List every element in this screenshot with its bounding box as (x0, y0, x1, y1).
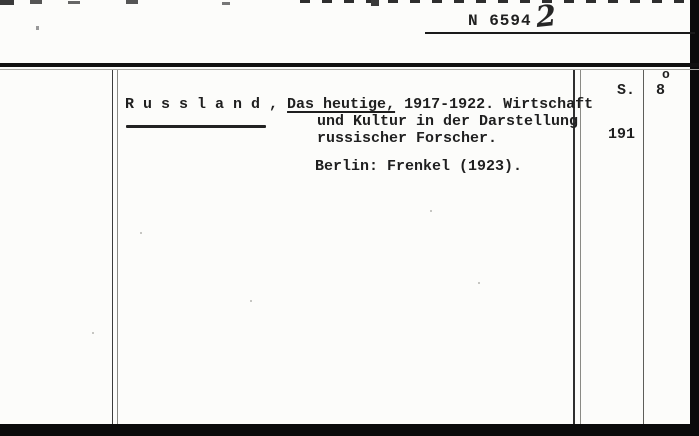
scan-speck (371, 0, 379, 6)
heading-ditto-underline (126, 125, 266, 128)
scan-bottom-edge-bar (0, 424, 699, 436)
scan-speck (222, 2, 230, 5)
scan-speck (0, 0, 14, 5)
column-divider-left (112, 70, 118, 424)
scan-speck (430, 210, 432, 212)
scan-speck (30, 0, 42, 4)
call-number: N 6594 (468, 14, 532, 29)
entry-title-rest: 1917-1922. Wirtschaft (395, 96, 593, 113)
entry-title-line-2: und Kultur in der Darstellung (317, 114, 578, 129)
scan-speck (92, 332, 94, 334)
scan-edge-noise (300, 0, 691, 3)
handwritten-mark: 2 (535, 1, 558, 32)
right-column-superscript: o (662, 68, 670, 81)
entry-title-line-1: R u s s l a n d , Das heutige, 1917-1922… (125, 97, 593, 112)
scan-speck (478, 282, 480, 284)
pages-column-label: S. (617, 83, 635, 98)
header-rule (0, 63, 699, 67)
pages-column-value: 191 (608, 127, 635, 142)
scan-speck (68, 1, 80, 4)
entry-imprint: Berlin: Frenkel (1923). (315, 159, 522, 174)
entry-heading: R u s s l a n d , (125, 96, 278, 113)
entry-title-line-3: russischer Forscher. (317, 131, 497, 146)
header-rule-shadow (0, 69, 699, 70)
column-divider-right (643, 70, 644, 424)
right-column-value: 8 (656, 83, 665, 98)
spacer (278, 96, 287, 113)
reference-underline (425, 32, 695, 34)
scan-speck (140, 232, 142, 234)
entry-title-underlined: Das heutige, (287, 96, 395, 113)
scan-speck (36, 26, 39, 30)
scan-speck (126, 0, 138, 4)
scan-speck (250, 300, 252, 302)
catalog-card-scan: N 6594 2 R u s s l a n d , Das heutige, … (0, 0, 699, 436)
